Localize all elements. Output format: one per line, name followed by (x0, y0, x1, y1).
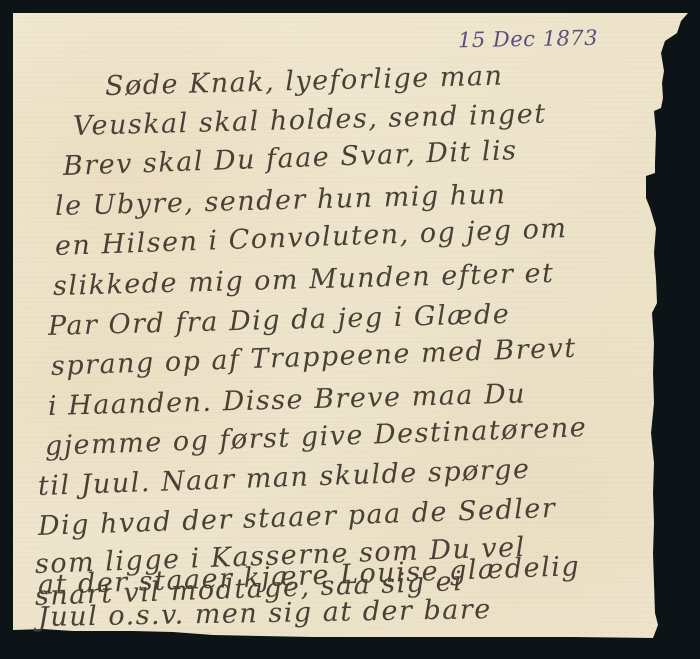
letter-body: Søde Knak, lyeforlige man Veuskal skal h… (13, 13, 688, 638)
letter-line-1: Søde Knak, lyeforlige man (105, 61, 504, 102)
letter-line-9: i Haanden. Disse Breve maa Du (48, 378, 527, 422)
letter-line-3: Brev skal Du faae Svar, Dit lis (62, 135, 518, 182)
letter-paper: 15 Dec 1873 Søde Knak, lyeforlige man Ve… (13, 13, 688, 638)
letter-line-2: Veuskal skal holdes, send inget (73, 99, 547, 142)
letter-line-6: slikkede mig om Munden efter et (53, 258, 555, 302)
letter-line-11: til Juul. Naar man skulde spørge (37, 454, 531, 502)
letter-line-4: le Ubyre, sender hun mig hun (55, 179, 507, 222)
letter-line-7: Par Ord fra Dig da jeg i Glæde (48, 299, 511, 342)
letter-line-5: en Hilsen i Convoluten, og jeg om (54, 213, 567, 262)
letter-line-8: sprang op af Trappeene med Brevt (50, 333, 577, 382)
